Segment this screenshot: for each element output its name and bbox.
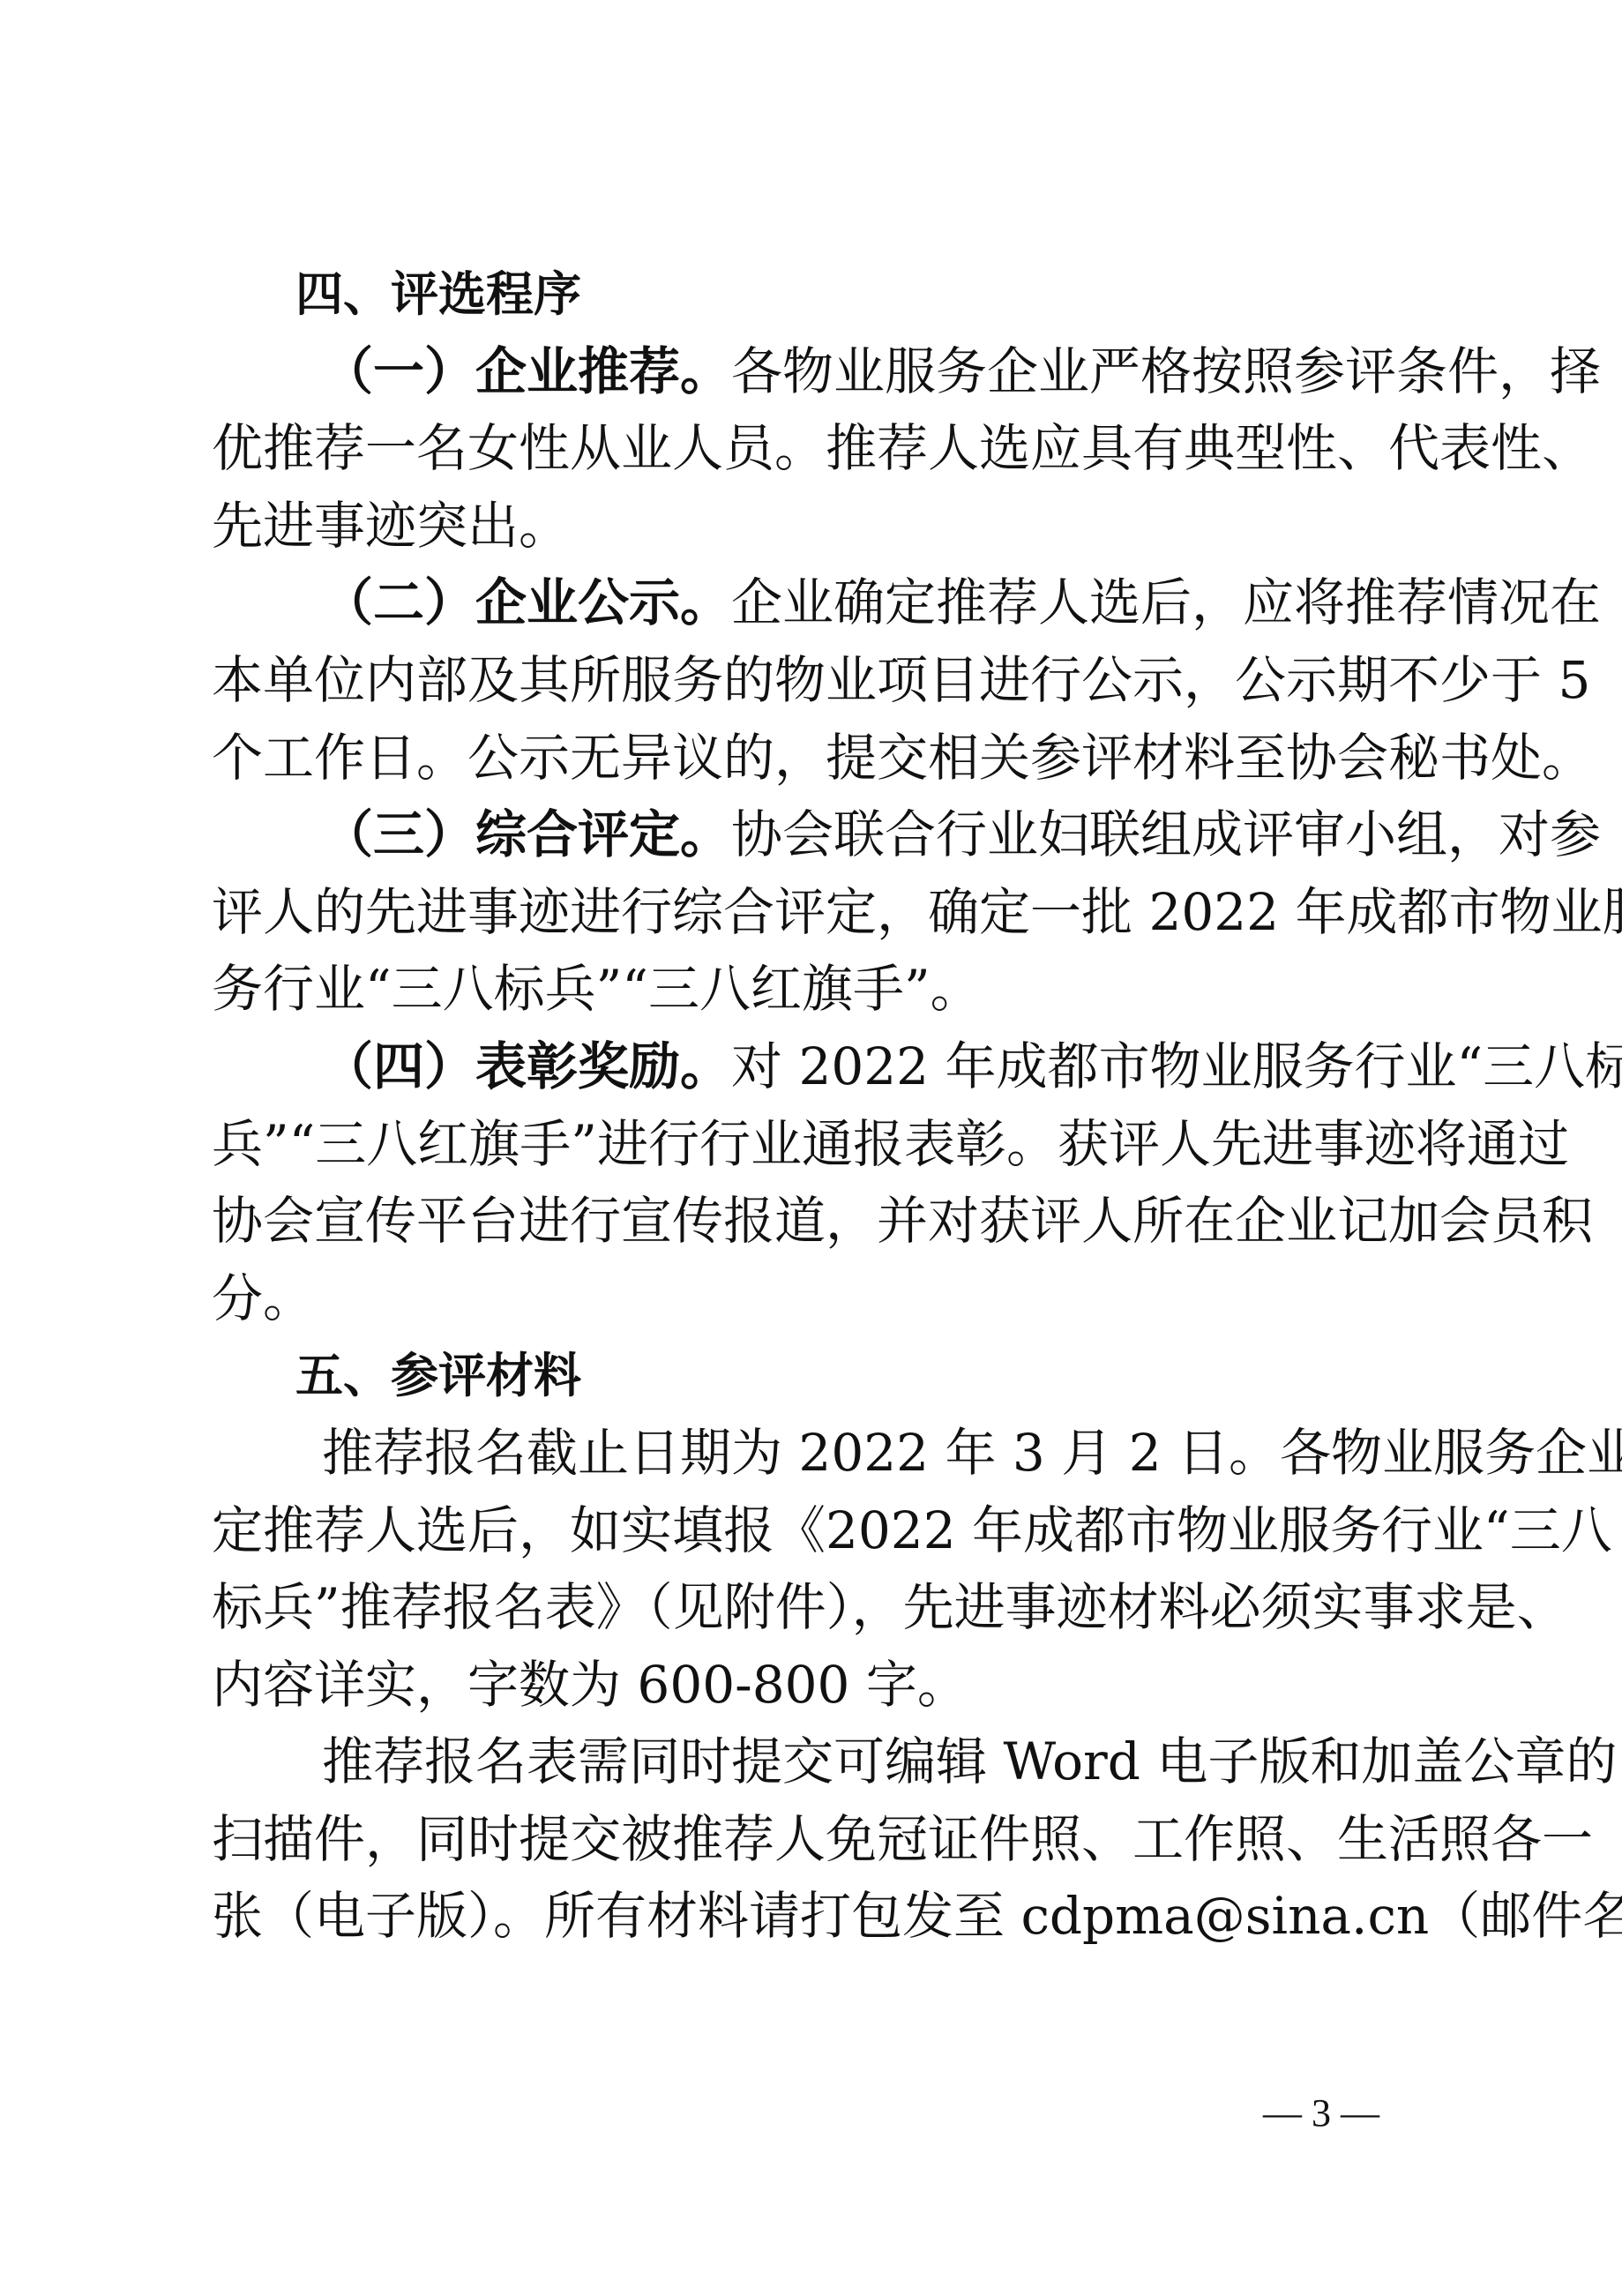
subheading-commendation: （四）表彰奖励。 xyxy=(322,1036,731,1096)
document-page: 四、评选程序 （一）企业推荐。各物业服务企业严格按照参评条件，择 优推荐一名女性… xyxy=(212,256,1425,1956)
paragraph-line: 定推荐人选后，如实填报《2022 年成都市物业服务行业“三八 xyxy=(212,1492,1425,1570)
paragraph-line: 评人的先进事迹进行综合评定，确定一批 2022 年成都市物业服 xyxy=(212,874,1425,952)
paragraph-deadline-line-1: 推荐报名截止日期为 2022 年 3 月 2 日。各物业服务企业确 xyxy=(212,1415,1425,1492)
paragraph-line-with-email: 张（电子版）。所有材料请打包发至 cdpma@sina.cn（邮件名格 xyxy=(212,1878,1425,1956)
paragraph-line: 兵”“三八红旗手”进行行业通报表彰。获评人先进事迹将通过 xyxy=(212,1106,1425,1184)
paragraph-commendation-line-1: （四）表彰奖励。对 2022 年成都市物业服务行业“三八标 xyxy=(212,1028,1425,1106)
paragraph-line: 协会宣传平台进行宣传报道，并对获评人所在企业记加会员积 xyxy=(212,1183,1425,1260)
paragraph-comprehensive-evaluation-line-1: （三）综合评定。协会联合行业妇联组成评审小组，对参 xyxy=(212,796,1425,874)
paragraph-line: 分。 xyxy=(212,1260,1425,1338)
section-heading-application-materials: 五、参评材料 xyxy=(212,1337,1425,1415)
paragraph-line: 务行业“三八标兵”“三八红旗手”。 xyxy=(212,951,1425,1028)
paragraph-line: 优推荐一名女性从业人员。推荐人选应具有典型性、代表性、 xyxy=(212,410,1425,488)
paragraph-line: 个工作日。公示无异议的，提交相关参评材料至协会秘书处。 xyxy=(212,720,1425,797)
paragraph-enterprise-recommendation-line-1: （一）企业推荐。各物业服务企业严格按照参评条件，择 xyxy=(212,333,1425,411)
paragraph-submission-line-1: 推荐报名表需同时提交可编辑 Word 电子版和加盖公章的 xyxy=(212,1724,1425,1801)
subheading-enterprise-publicity: （二）企业公示。 xyxy=(322,572,731,632)
paragraph-line: 标兵”推荐报名表》（见附件），先进事迹材料必须实事求是、 xyxy=(212,1569,1425,1647)
paragraph-line: 先进事迹突出。 xyxy=(212,488,1425,565)
paragraph-line: 扫描件，同时提交被推荐人免冠证件照、工作照、生活照各一 xyxy=(212,1801,1425,1879)
paragraph-enterprise-publicity-line-1: （二）企业公示。企业确定推荐人选后，应将推荐情况在 xyxy=(212,565,1425,642)
subheading-comprehensive-evaluation: （三）综合评定。 xyxy=(322,804,731,864)
paragraph-line: 内容详实，字数为 600-800 字。 xyxy=(212,1647,1425,1724)
section-heading-evaluation-procedure: 四、评选程序 xyxy=(212,256,1425,333)
subheading-enterprise-recommendation: （一）企业推荐。 xyxy=(322,341,731,401)
paragraph-line: 本单位内部及其所服务的物业项目进行公示，公示期不少于 5 xyxy=(212,642,1425,720)
page-number: — 3 — xyxy=(1233,2090,1409,2135)
